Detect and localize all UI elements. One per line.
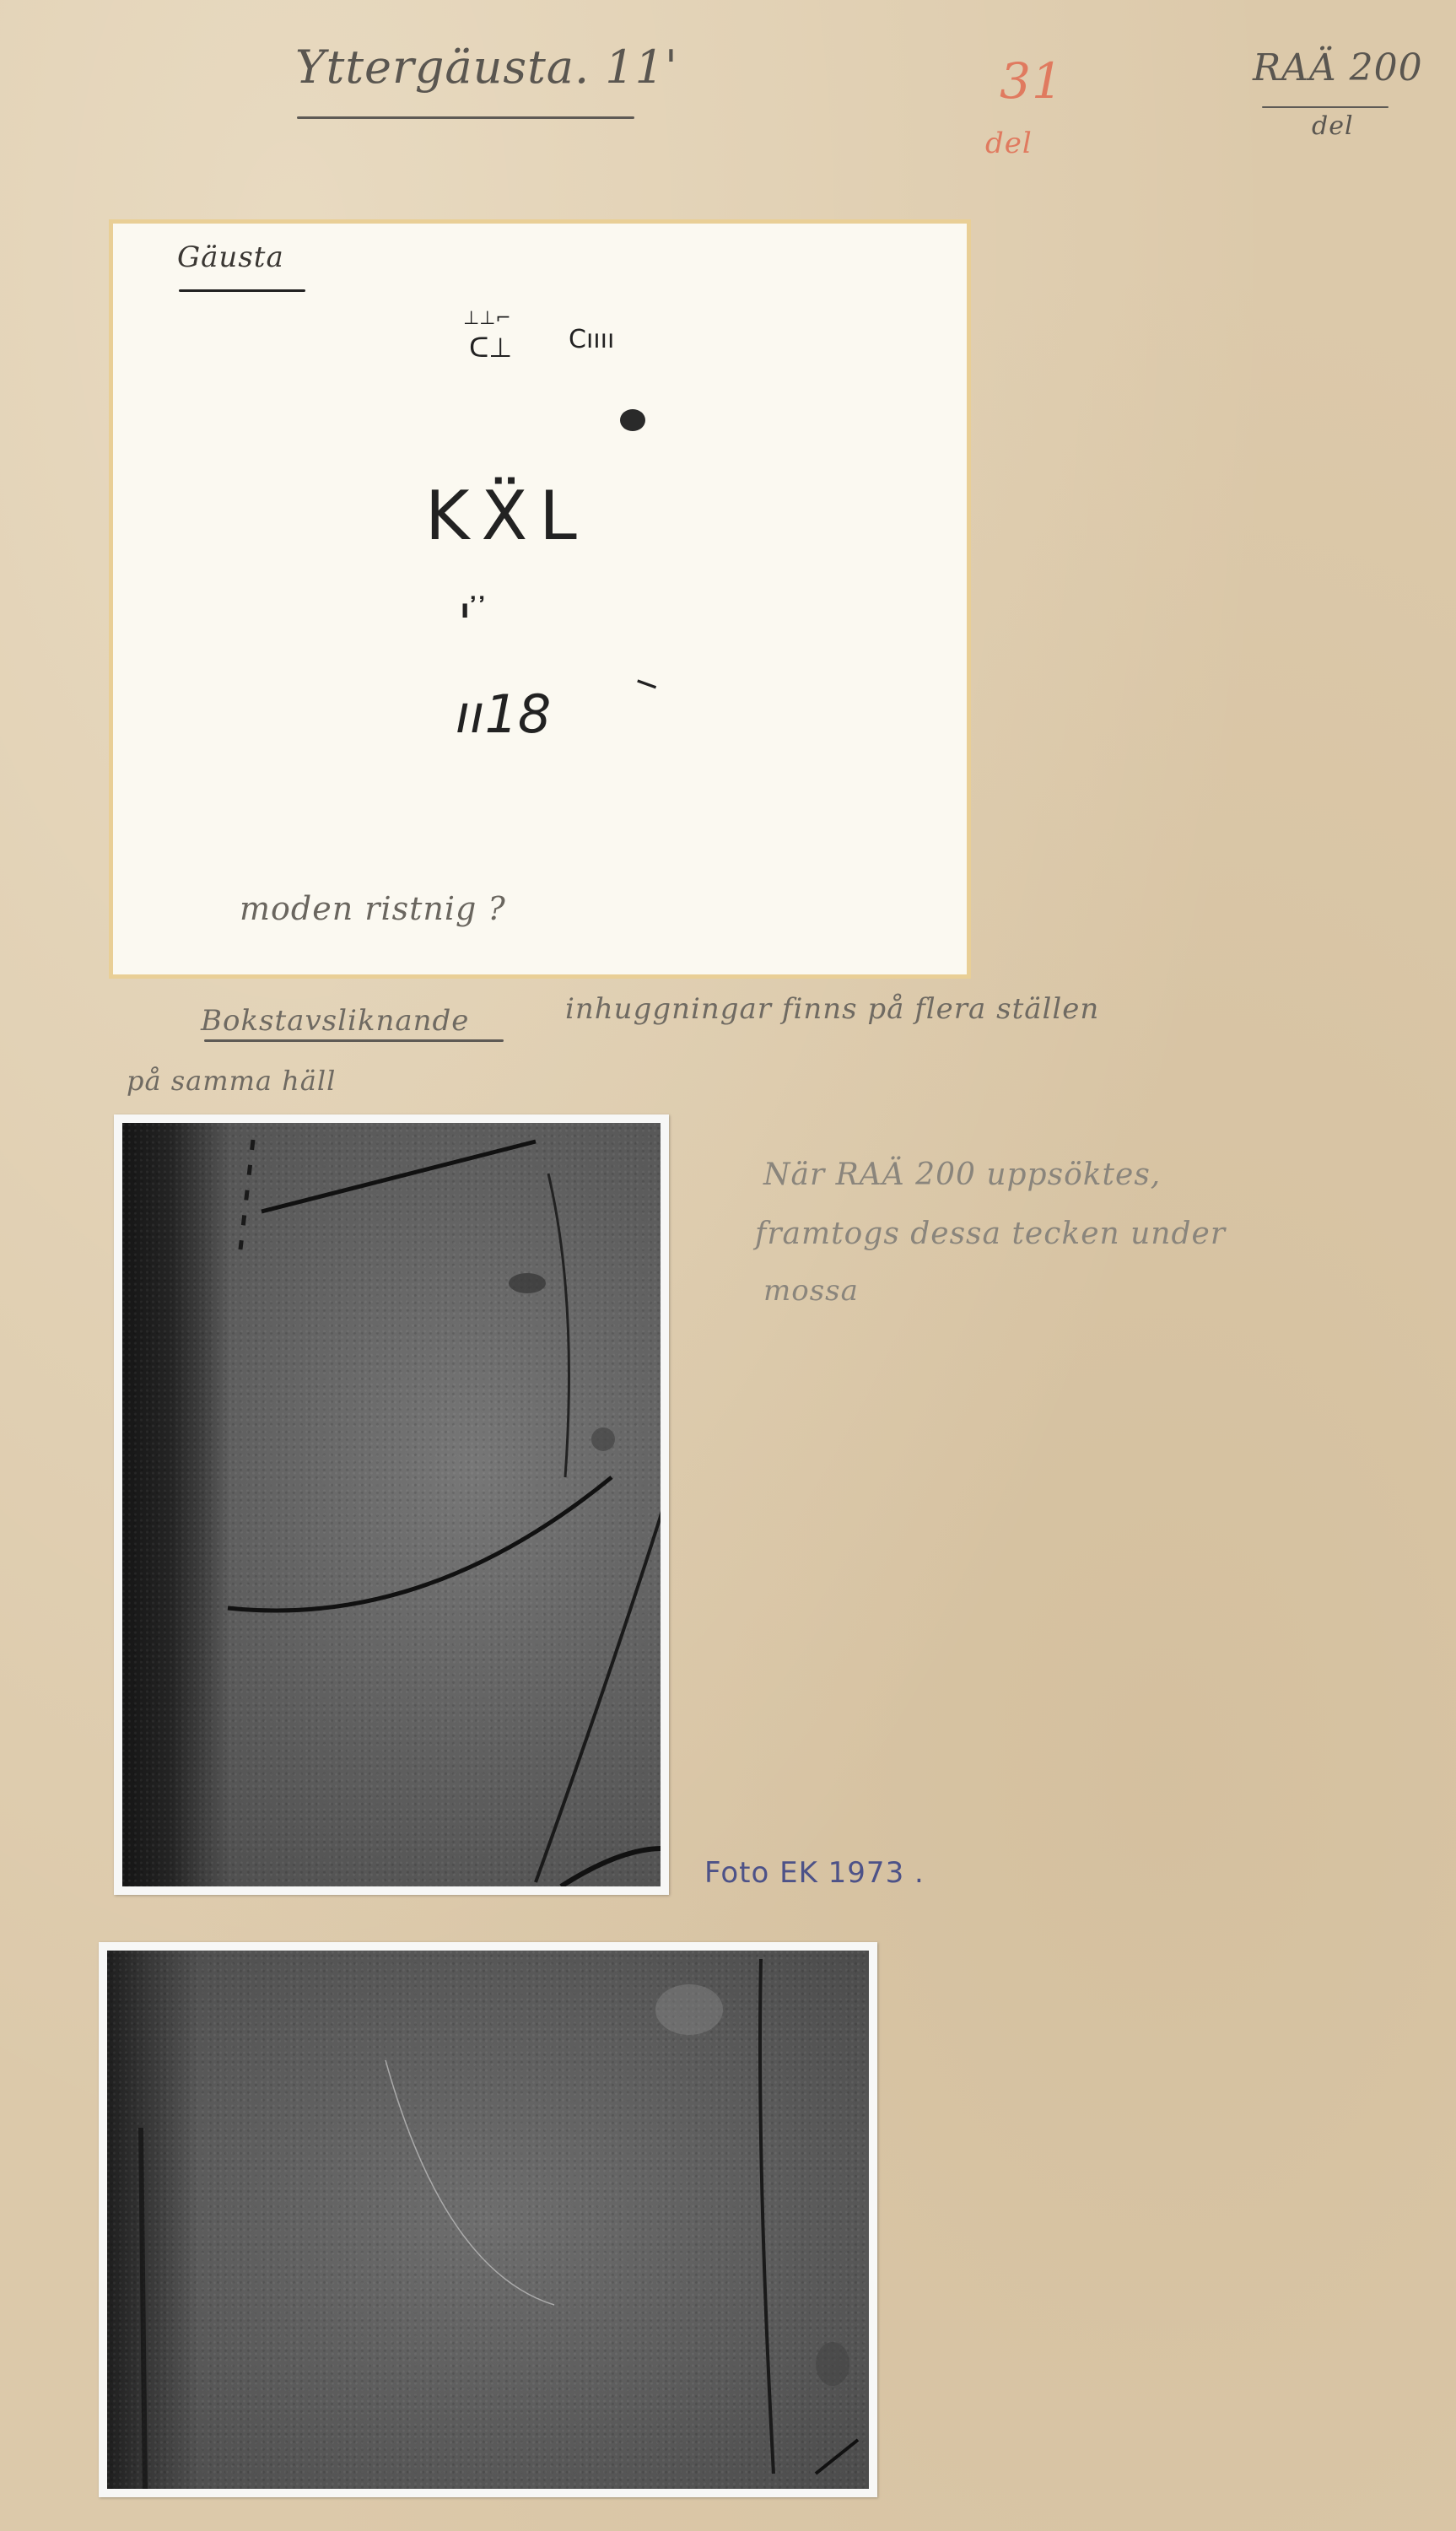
side-note-line1: När RAÄ 200 uppsöktes,: [763, 1158, 1161, 1192]
registry-id: RAÄ 200: [1253, 46, 1423, 89]
sketch-note: moden ristnig ?: [240, 890, 506, 927]
red-page-number: 31: [1000, 52, 1064, 110]
incised-lines-2: [107, 1951, 869, 2489]
cup-mark-dot: [620, 409, 645, 431]
caption-line2: på samma häll: [127, 1065, 336, 1097]
caption-line1: inhuggningar finns på flera ställen: [565, 992, 1099, 1026]
registry-underline: [1262, 106, 1389, 108]
side-note-line2: framtogs dessa tecken under: [755, 1217, 1226, 1251]
photo-1-image: [122, 1123, 661, 1886]
caption-underline: [204, 1039, 504, 1042]
incised-marks-left: ᑕ⊥: [469, 332, 512, 364]
photo-credit: Foto EK 1973 .: [704, 1856, 925, 1890]
incised-lines-1: [122, 1123, 661, 1886]
place-underline: [179, 289, 305, 292]
number-marks: ıı18: [456, 683, 551, 745]
main-letters: KẌL: [425, 477, 589, 555]
photo-2-image: [107, 1951, 869, 2489]
small-marks: ı ̓ ̓: [461, 595, 487, 624]
site-name-heading: Yttergäusta. 11': [295, 40, 678, 94]
dash-mark: —: [633, 667, 662, 699]
place-label: Gäusta: [177, 240, 284, 274]
red-page-sub: del: [985, 127, 1033, 160]
caption-underlined-word: Bokstavsliknande: [201, 1004, 469, 1038]
sketch-card: Gäusta ⊥⊥⌐ ᑕ⊥ Cıııı KẌL ı ̓ ̓ ıı18 — mod…: [113, 224, 967, 974]
rock-surface-photo-1: [114, 1114, 669, 1895]
site-name-underline: [297, 116, 634, 119]
rock-surface-photo-2: [99, 1942, 877, 2497]
registry-sub: del: [1312, 111, 1354, 141]
incised-marks-right: Cıııı: [569, 325, 614, 354]
incised-marks-top: ⊥⊥⌐: [463, 308, 511, 329]
side-note-line3: mossa: [763, 1274, 859, 1308]
